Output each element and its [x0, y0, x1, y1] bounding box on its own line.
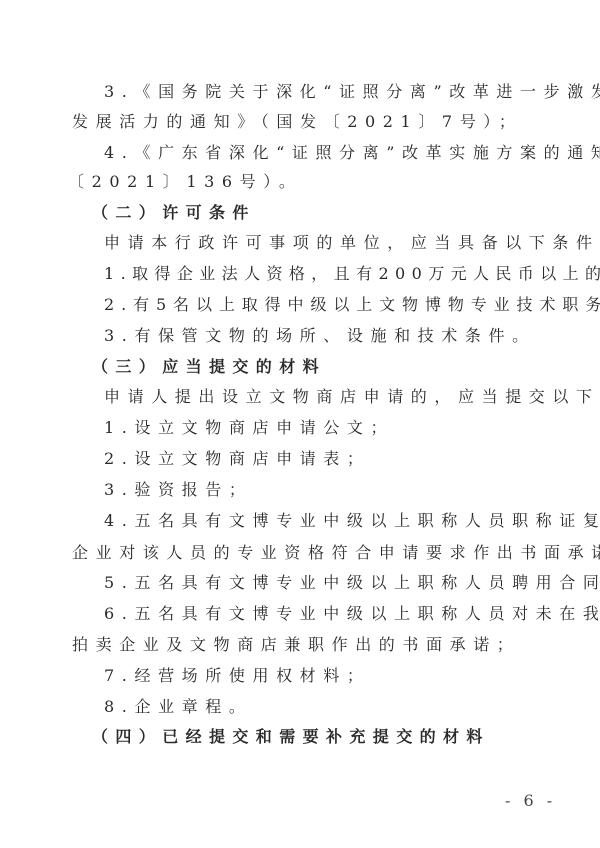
list-item: 4.五名具有文博专业中级以上职称人员职称证复印件，或者	[104, 511, 600, 531]
section-heading: （二）许可条件	[92, 203, 256, 223]
list-item: 7.经营场所使用权材料；	[104, 666, 370, 686]
paragraph-line: 3.《国务院关于深化“证照分离”改革进一步激发市场主体	[104, 82, 600, 102]
page-number: - 6 -	[505, 791, 556, 810]
list-item: 1.设立文物商店申请公文；	[104, 418, 394, 438]
list-item: 1.取得企业法人资格，且有200万元人民币以上的注册资本；	[104, 264, 600, 284]
list-item: 2.有5名以上取得中级以上文物博物专业技术职务的人员；	[104, 295, 600, 315]
paragraph-line: 发展活力的通知》（国发〔2021〕7号）；	[72, 112, 523, 132]
list-item: 3.有保管文物的场所、设施和技术条件。	[104, 326, 536, 346]
list-item: 8.企业章程。	[104, 697, 252, 717]
list-item: 6.五名具有文博专业中级以上职称人员对未在我国其他文物	[104, 604, 600, 624]
paragraph-line: 4.《广东省深化“证照分离”改革实施方案的通知》（粤府函	[104, 143, 600, 163]
paragraph-line: 企业对该人员的专业资格符合申请要求作出书面承诺；	[72, 543, 600, 563]
paragraph-line: 拍卖企业及文物商店兼职作出的书面承诺；	[72, 635, 520, 655]
section-heading: （三）应当提交的材料	[92, 357, 326, 377]
section-heading: （四）已经提交和需要补充提交的材料	[92, 727, 490, 747]
list-item: 2.设立文物商店申请表；	[104, 449, 370, 469]
paragraph-line: 〔2021〕136号）。	[68, 172, 302, 192]
paragraph-line: 申请人提出设立文物商店申请的，应当提交以下材料：	[104, 387, 600, 407]
list-item: 5.五名具有文博专业中级以上职称人员聘用合同；	[104, 573, 600, 593]
paragraph-line: 申请本行政许可事项的单位，应当具备以下条件：	[104, 233, 600, 253]
list-item: 3.验资报告；	[104, 480, 252, 500]
